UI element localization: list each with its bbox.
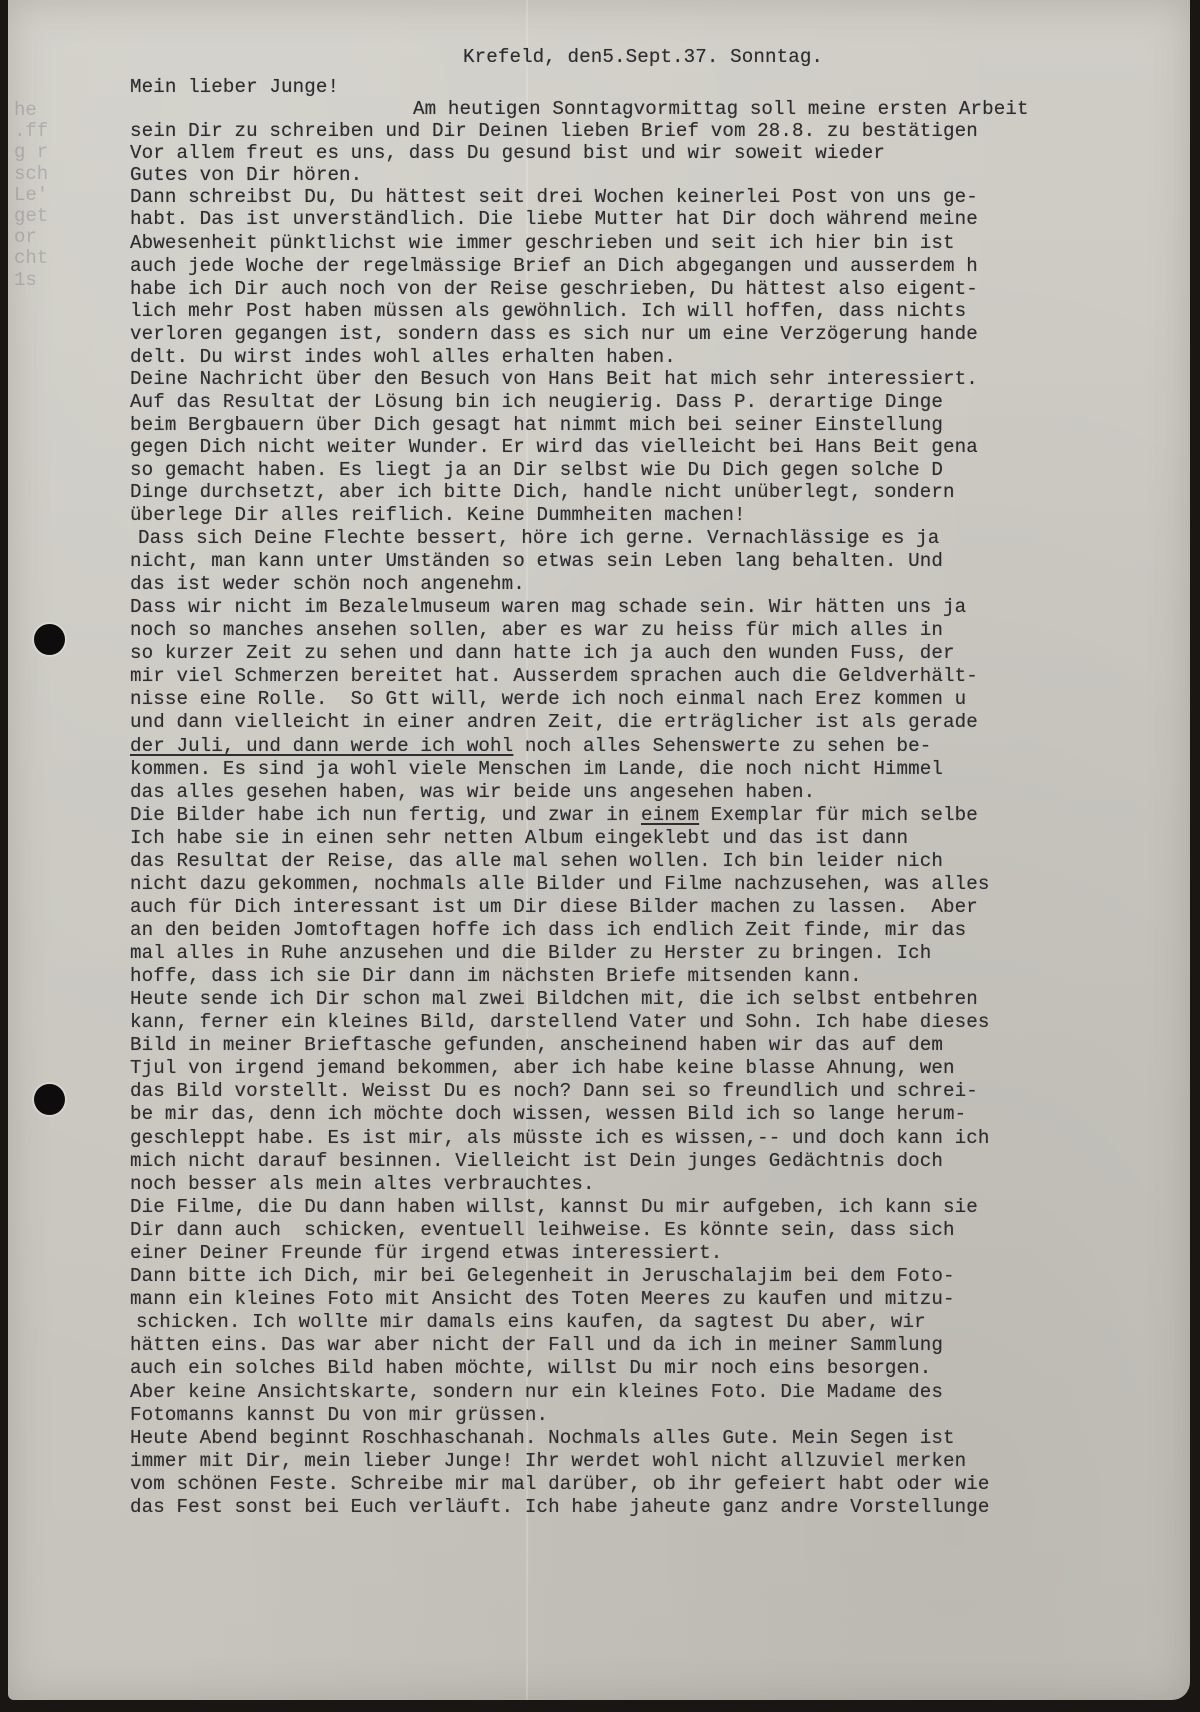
letter-line: lich mehr Post haben müssen als gewöhnli… — [130, 300, 966, 322]
letter-line: Heute sende ich Dir schon mal zwei Bildc… — [130, 988, 978, 1010]
letter-line: auch für Dich interessant ist um Dir die… — [130, 896, 978, 918]
letter-line: auch jede Woche der regelmässige Brief a… — [130, 255, 978, 277]
letter-line: vom schönen Feste. Schreibe mir mal darü… — [130, 1473, 989, 1495]
letter-dateline: Krefeld, den5.Sept.37. Sonntag. — [463, 46, 823, 68]
letter-salutation: Mein lieber Junge! — [130, 76, 339, 98]
letter-line: kommen. Es sind ja wohl viele Menschen i… — [130, 758, 943, 780]
letter-line: so kurzer Zeit zu sehen und dann hatte i… — [130, 642, 955, 664]
letter-line: Deine Nachricht über den Besuch von Hans… — [130, 368, 978, 390]
letter-line: das Fest sonst bei Euch verläuft. Ich ha… — [130, 1496, 989, 1518]
letter-line: Am heutigen Sonntagvormittag soll meine … — [413, 98, 1029, 120]
underlined-text: einem — [641, 804, 699, 826]
letter-line: Gutes von Dir hören. — [130, 164, 362, 186]
punch-hole-icon — [34, 1084, 65, 1115]
letter-line: an den beiden Jomtoftagen hoffe ich dass… — [130, 919, 966, 941]
letter-line: beim Bergbauern über Dich gesagt hat nim… — [130, 414, 943, 436]
scanned-document: he .ff g r sch Le' get or cht 1s Krefeld… — [0, 0, 1200, 1712]
letter-line: Tjul von irgend jemand bekommen, aber ic… — [130, 1057, 955, 1079]
letter-line: noch so manches ansehen sollen, aber es … — [130, 619, 943, 641]
letter-line: kann, ferner ein kleines Bild, darstelle… — [130, 1011, 989, 1033]
letter-line: Dir dann auch schicken, eventuell leihwe… — [130, 1219, 955, 1241]
letter-line: nicht dazu gekommen, nochmals alle Bilde… — [130, 873, 989, 895]
letter-line: mir viel Schmerzen bereitet hat. Ausserd… — [130, 665, 978, 687]
punch-hole-icon — [34, 624, 65, 655]
letter-line: der Juli, und dann werde ich wohl noch a… — [130, 735, 931, 757]
letter-line: be mir das, denn ich möchte doch wissen,… — [130, 1103, 966, 1125]
letter-line: hoffe, dass ich sie Dir dann im nächsten… — [130, 965, 862, 987]
letter-line: habe ich Dir auch noch von der Reise ges… — [130, 278, 978, 300]
letter-line: Bild in meiner Brieftasche gefunden, ans… — [130, 1034, 943, 1056]
letter-line: Dass wir nicht im Bezalelmuseum waren ma… — [130, 596, 966, 618]
letter-line: einer Deiner Freunde für irgend etwas in… — [130, 1242, 722, 1264]
bleed-through-margin-text: he .ff g r sch Le' get or cht 1s — [14, 100, 114, 291]
letter-line: habt. Das ist unverständlich. Die liebe … — [130, 208, 978, 230]
letter-line: und dann vielleicht in einer andren Zeit… — [130, 711, 978, 733]
letter-line: Fotomanns kannst Du von mir grüssen. — [130, 1404, 548, 1426]
letter-line: Abwesenheit pünktlichst wie immer geschr… — [130, 232, 955, 254]
letter-line: Dinge durchsetzt, aber ich bitte Dich, h… — [130, 481, 955, 503]
letter-line: delt. Du wirst indes wohl alles erhalten… — [130, 346, 676, 368]
letter-line: sein Dir zu schreiben und Dir Deinen lie… — [130, 120, 978, 142]
letter-line: Heute Abend beginnt Roschhaschanah. Noch… — [130, 1427, 955, 1449]
letter-line: geschleppt habe. Es ist mir, als müsste … — [130, 1127, 989, 1149]
letter-line: mich nicht darauf besinnen. Vielleicht i… — [130, 1150, 943, 1172]
letter-line: Vor allem freut es uns, dass Du gesund b… — [130, 142, 885, 164]
letter-line: Die Bilder habe ich nun fertig, und zwar… — [130, 804, 978, 826]
underlined-text: der Juli, und dann werde ich wohl — [130, 735, 513, 757]
letter-line: gegen Dich nicht weiter Wunder. Er wird … — [130, 436, 978, 458]
letter-line: Auf das Resultat der Lösung bin ich neug… — [130, 391, 943, 413]
letter-line: immer mit Dir, mein lieber Junge! Ihr we… — [130, 1450, 966, 1472]
letter-line: Dann schreibst Du, Du hättest seit drei … — [130, 186, 978, 208]
letter-line: das Resultat der Reise, das alle mal seh… — [130, 850, 943, 872]
letter-line: Die Filme, die Du dann haben willst, kan… — [130, 1196, 978, 1218]
letter-line: das Bild vorstellt. Weisst Du es noch? D… — [130, 1080, 978, 1102]
letter-line: mann ein kleines Foto mit Ansicht des To… — [130, 1288, 955, 1310]
letter-line: auch ein solches Bild haben möchte, will… — [130, 1357, 931, 1379]
letter-line: nisse eine Rolle. So Gtt will, werde ich… — [130, 688, 966, 710]
letter-line: nicht, man kann unter Umständen so etwas… — [130, 550, 943, 572]
letter-line: Aber keine Ansichtskarte, sondern nur ei… — [130, 1381, 943, 1403]
letter-line: Ich habe sie in einen sehr netten Album … — [130, 827, 908, 849]
letter-line: so gemacht haben. Es liegt ja an Dir sel… — [130, 459, 943, 481]
letter-line: hätten eins. Das war aber nicht der Fall… — [130, 1334, 943, 1356]
letter-line: das ist weder schön noch angenehm. — [130, 573, 525, 595]
letter-line: noch besser als mein altes verbrauchtes. — [130, 1173, 595, 1195]
letter-line: schicken. Ich wollte mir damals eins kau… — [136, 1311, 926, 1333]
letter-line: das alles gesehen haben, was wir beide u… — [130, 781, 815, 803]
letter-line: mal alles in Ruhe anzusehen und die Bild… — [130, 942, 931, 964]
letter-line: verloren gegangen ist, sondern dass es s… — [130, 323, 978, 345]
letter-line: Dass sich Deine Flechte bessert, höre ic… — [138, 527, 939, 549]
letter-line: Dann bitte ich Dich, mir bei Gelegenheit… — [130, 1265, 955, 1287]
letter-line: überlege Dir alles reiflich. Keine Dummh… — [130, 504, 746, 526]
